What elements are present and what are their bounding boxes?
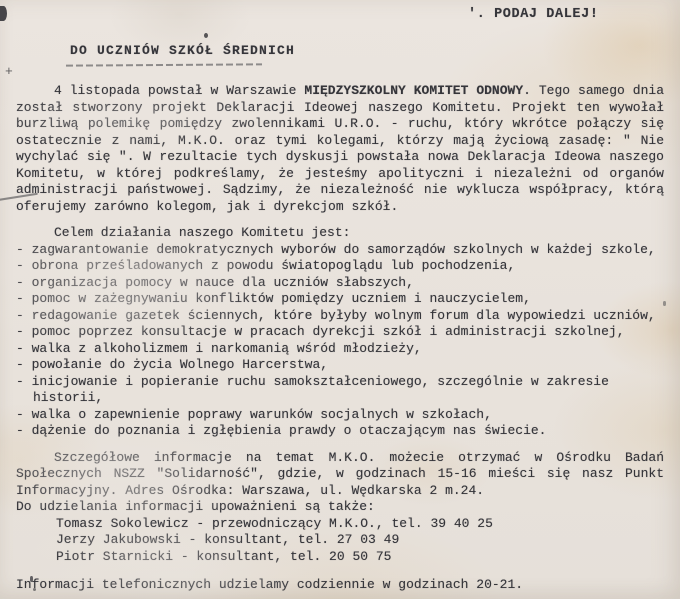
intro-text: . Tego samego dnia został stworzony proj… bbox=[16, 83, 664, 214]
goal-item: - dążenie do poznania i zgłębienia prawd… bbox=[16, 423, 664, 440]
goal-item: - powołanie do życia Wolnego Harcerstwa, bbox=[16, 357, 664, 374]
intro-paragraph: 4 listopada powstał w Warszawie MIĘDZYSZ… bbox=[16, 83, 664, 215]
goal-item: - redagowanie gazetek ściennych, które b… bbox=[16, 308, 664, 325]
contact-item: Piotr Starnicki - konsultant, tel. 20 50… bbox=[56, 549, 664, 566]
intro-text: 4 listopada powstał w Warszawie bbox=[54, 83, 304, 98]
goal-item: - zagwarantowanie demokratycznych wyboró… bbox=[16, 242, 664, 259]
pass-on-note: '. PODAJ DALEJ! bbox=[468, 7, 599, 22]
goal-item: - walka o zapewnienie poprawy warunków s… bbox=[16, 407, 664, 424]
goal-item: - obrona prześladowanych z powodu świato… bbox=[16, 258, 664, 275]
info-paragraph: Szczegółowe informacje na temat M.K.O. m… bbox=[16, 450, 664, 500]
document-title: DO UCZNIÓW SZKÓŁ ŚREDNICH bbox=[70, 43, 295, 58]
goals-list: - zagwarantowanie demokratycznych wyboró… bbox=[16, 242, 664, 440]
contacts-heading: Do udzielania informacji upoważnieni są … bbox=[16, 499, 664, 516]
goal-item: - walka z alkoholizmem i narkomanią wśró… bbox=[16, 341, 664, 358]
goal-item: - pomoc w zażegnywaniu konfliktów pomięd… bbox=[16, 291, 664, 308]
typewritten-content: '. PODAJ DALEJ! DO UCZNIÓW SZKÓŁ ŚREDNIC… bbox=[0, 0, 680, 599]
goal-item: - pomoc poprzez konsultacje w pracach dy… bbox=[16, 324, 664, 341]
goal-item: - inicjowanie i popieranie ruchu samoksz… bbox=[16, 374, 664, 407]
contact-item: Tomasz Sokolewicz - przewodniczący M.K.O… bbox=[56, 516, 664, 533]
footer-note: Informacji telefonicznych udzielamy codz… bbox=[16, 577, 664, 594]
contact-item: Jerzy Jakubowski - konsultant, tel. 27 0… bbox=[56, 532, 664, 549]
goals-heading: Celem działania naszego Komitetu jest: bbox=[16, 225, 664, 242]
organization-name: MIĘDZYSZKOLNY KOMITET ODNOWY bbox=[304, 83, 523, 98]
goal-item: - organizacja pomocy w nauce dla uczniów… bbox=[16, 275, 664, 292]
document-body: 4 listopada powstał w Warszawie MIĘDZYSZ… bbox=[16, 83, 664, 594]
title-underline bbox=[66, 63, 262, 66]
scanned-leaflet-page: '. PODAJ DALEJ! DO UCZNIÓW SZKÓŁ ŚREDNIC… bbox=[0, 0, 680, 599]
contacts-list: Tomasz Sokolewicz - przewodniczący M.K.O… bbox=[56, 516, 664, 566]
